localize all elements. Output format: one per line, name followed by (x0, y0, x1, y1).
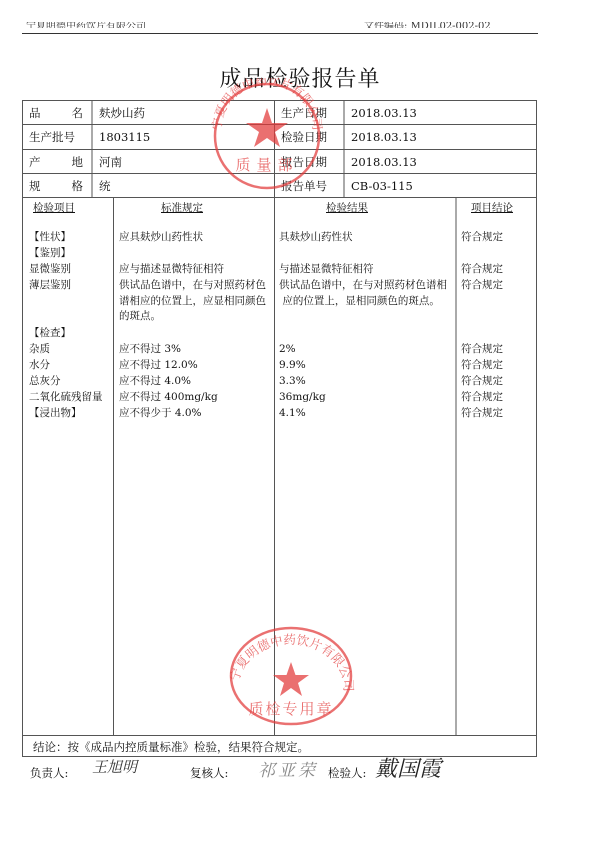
item-result: 4.1% (279, 406, 306, 422)
info-row: 品名麸炒山药生产日期2018.03.13 (23, 101, 536, 125)
item-standard: 应不得过 3% (119, 342, 181, 358)
item-name: 显微鉴别 (29, 262, 71, 278)
column-header-conclusion: 项目结论 (471, 200, 513, 215)
label-part: 规 (29, 178, 41, 194)
item-result: 2% (279, 342, 296, 358)
column-header-item: 检验项目 (33, 200, 75, 215)
label-part: 名 (72, 105, 84, 121)
item-standard: 应不得过 400mg/kg (119, 390, 218, 406)
info-value-left: 麸炒山药 (99, 101, 269, 124)
item-standard: 应与描述显微特征相符 (119, 262, 224, 278)
reviewer-label: 复核人: (190, 765, 228, 781)
item-conclusion: 符合规定 (461, 278, 503, 294)
item-conclusion: 符合规定 (461, 230, 503, 246)
item-name: 【性状】 (29, 230, 71, 246)
inspector-signature: 戴国霞 (375, 752, 441, 783)
item-name: 【浸出物】 (29, 406, 82, 422)
item-standard: 应具麸炒山药性状 (119, 230, 203, 246)
item-name: 杂质 (29, 342, 50, 358)
item-name: 总灰分 (29, 374, 61, 390)
item-result: 供试品色谱中，在与对照药材色谱相 应的位置上，显相同颜色的斑点。 (279, 278, 447, 309)
item-conclusion: 符合规定 (461, 358, 503, 374)
conclusion-text: 结论：按《成品内控质量标准》检验，结果符合规定。 (33, 739, 309, 755)
item-result: 与描述显微特征相符 (279, 262, 374, 278)
inspector-label: 检验人: (328, 765, 366, 781)
info-label-left: 品名 (23, 101, 91, 124)
info-row: 生产批号1803115检验日期2018.03.13 (23, 125, 536, 150)
company-name: 宁夏明德中药饮片有限公司 (26, 22, 146, 28)
label-part: 地 (72, 154, 84, 170)
responsible-signature: 王旭明 (92, 756, 137, 777)
item-conclusion: 符合规定 (461, 406, 503, 422)
item-result: 3.3% (279, 374, 306, 390)
item-result: 具麸炒山药性状 (279, 230, 353, 246)
item-result: 36mg/kg (279, 390, 326, 406)
info-value-right: 2018.03.13 (351, 125, 531, 149)
info-value-right: 2018.03.13 (351, 150, 531, 173)
info-label-right: 报告单号 (281, 174, 343, 197)
label-part: 生产批号 (29, 129, 75, 145)
item-name: 【鉴别】 (29, 246, 71, 262)
info-label-right: 报告日期 (281, 150, 343, 173)
info-value-left: 1803115 (99, 125, 269, 149)
item-conclusion: 符合规定 (461, 374, 503, 390)
info-label-left: 规格 (23, 174, 91, 197)
item-conclusion: 符合规定 (461, 342, 503, 358)
info-row: 产地河南报告日期2018.03.13 (23, 150, 536, 174)
info-value-left: 河南 (99, 150, 269, 173)
info-value-right: 2018.03.13 (351, 101, 531, 124)
item-result: 9.9% (279, 358, 306, 374)
label-part: 品 (29, 105, 41, 121)
item-standard: 供试品色谱中，在与对照药材色 谱相应的位置上，应显相同颜色 的斑点。 (119, 278, 266, 325)
responsible-label: 负责人: (30, 765, 68, 781)
header-rule (22, 33, 538, 34)
info-row: 规格统报告单号CB-03-115 (23, 174, 536, 198)
info-value-left: 统 (99, 174, 269, 197)
item-conclusion: 符合规定 (461, 262, 503, 278)
info-label-right: 检验日期 (281, 125, 343, 149)
info-label-left: 生产批号 (23, 125, 91, 149)
conclusion-row: 结论：按《成品内控质量标准》检验，结果符合规定。 (23, 735, 536, 757)
document-code: 文件编码: MDJL02-002-02 (364, 22, 491, 28)
page-title: 成品检验报告单 (0, 62, 600, 93)
item-standard: 应不得少于 4.0% (119, 406, 202, 422)
info-label-left: 产地 (23, 150, 91, 173)
info-value-right: CB-03-115 (351, 174, 531, 197)
column-header-standard: 标准规定 (161, 200, 203, 215)
reviewer-signature: 祁亚荣 (258, 756, 318, 781)
item-standard: 应不得过 4.0% (119, 374, 191, 390)
item-standard: 应不得过 12.0% (119, 358, 198, 374)
label-part: 格 (72, 178, 84, 194)
item-name: 二氧化硫残留量 (29, 390, 103, 406)
item-name: 【检查】 (29, 326, 71, 342)
item-name: 薄层鉴别 (29, 278, 71, 294)
column-header-result: 检验结果 (326, 200, 368, 215)
item-name: 水分 (29, 358, 50, 374)
info-label-right: 生产日期 (281, 101, 343, 124)
items-section: 检验项目 标准规定 检验结果 项目结论 【性状】应具麸炒山药性状具麸炒山药性状符… (23, 198, 536, 735)
item-conclusion: 符合规定 (461, 390, 503, 406)
report-table: 品名麸炒山药生产日期2018.03.13生产批号1803115检验日期2018.… (22, 100, 537, 757)
label-part: 产 (29, 154, 41, 170)
